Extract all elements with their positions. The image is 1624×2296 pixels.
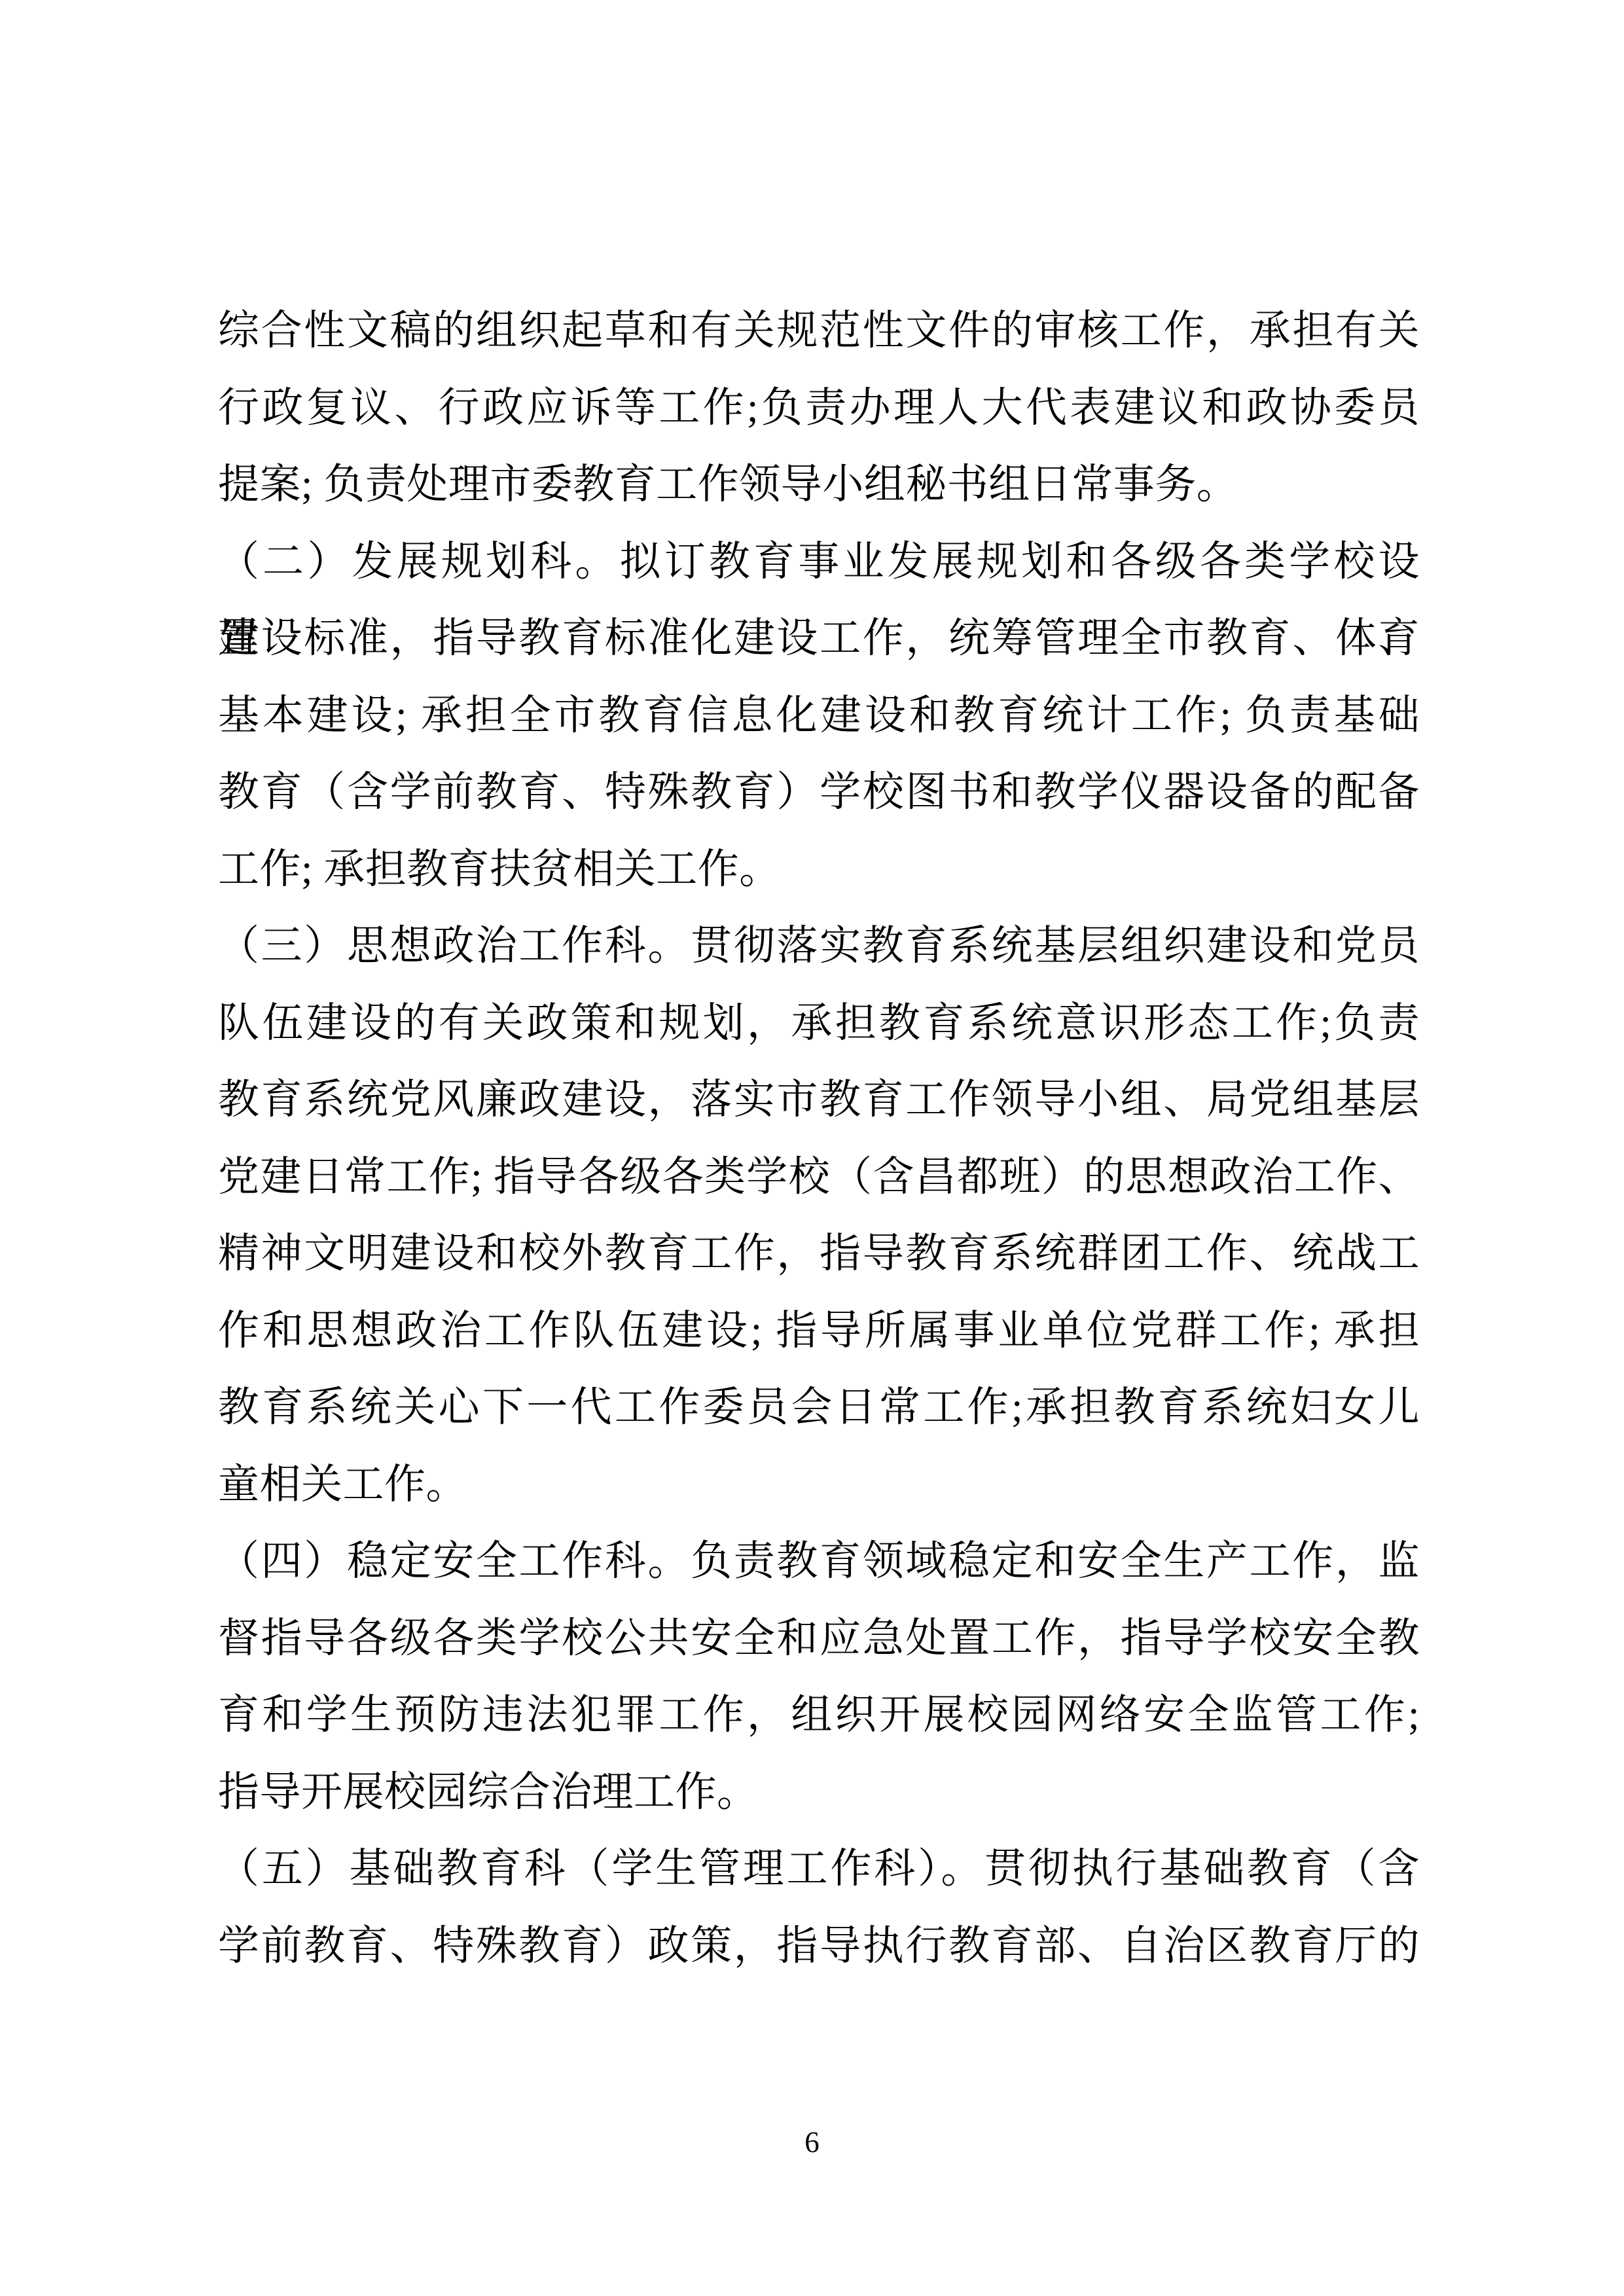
page-number: 6: [0, 2126, 1624, 2159]
text-line: 指导开展校园综合治理工作。: [218, 1754, 1420, 1831]
paragraph: （二）发展规划科。拟订教育事业发展规划和各级各类学校设置、 建设标准，指导教育标…: [218, 524, 1420, 908]
text-line: （二）发展规划科。拟订教育事业发展规划和各级各类学校设置、: [218, 524, 1420, 601]
text-line: 作和思想政治工作队伍建设; 指导所属事业单位党群工作; 承担: [218, 1293, 1420, 1370]
text-line: 基本建设; 承担全市教育信息化建设和教育统计工作; 负责基础: [218, 677, 1420, 755]
text-line: 育和学生预防违法犯罪工作，组织开展校园网络安全监管工作;: [218, 1677, 1420, 1754]
text-line: 督指导各级各类学校公共安全和应急处置工作，指导学校安全教: [218, 1600, 1420, 1677]
text-line: 建设标准，指导教育标准化建设工作，统筹管理全市教育、体育: [218, 600, 1420, 677]
text-line: （四）稳定安全工作科。负责教育领域稳定和安全生产工作，监: [218, 1523, 1420, 1600]
text-line: 工作; 承担教育扶贫相关工作。: [218, 831, 1420, 908]
text-line: 党建日常工作; 指导各级各类学校（含昌都班）的思想政治工作、: [218, 1139, 1420, 1216]
text-line: 行政复议、行政应诉等工作;负责办理人大代表建议和政协委员: [218, 370, 1420, 447]
text-line: 教育系统关心下一代工作委员会日常工作;承担教育系统妇女儿: [218, 1369, 1420, 1446]
text-line: 学前教育、特殊教育）政策，指导执行教育部、自治区教育厅的: [218, 1908, 1420, 1985]
text-line: 提案; 负责处理市委教育工作领导小组秘书组日常事务。: [218, 446, 1420, 524]
text-line: 综合性文稿的组织起草和有关规范性文件的审核工作，承担有关: [218, 293, 1420, 370]
document-page: 综合性文稿的组织起草和有关规范性文件的审核工作，承担有关 行政复议、行政应诉等工…: [0, 0, 1624, 2296]
text-line: 精神文明建设和校外教育工作，指导教育系统群团工作、统战工: [218, 1215, 1420, 1293]
text-line: 队伍建设的有关政策和规划，承担教育系统意识形态工作;负责: [218, 985, 1420, 1062]
paragraph: 综合性文稿的组织起草和有关规范性文件的审核工作，承担有关 行政复议、行政应诉等工…: [218, 293, 1420, 524]
paragraph: （四）稳定安全工作科。负责教育领域稳定和安全生产工作，监 督指导各级各类学校公共…: [218, 1523, 1420, 1831]
text-line: 童相关工作。: [218, 1446, 1420, 1524]
text-line: 教育系统党风廉政建设，落实市教育工作领导小组、局党组基层: [218, 1062, 1420, 1139]
text-line: （五）基础教育科（学生管理工作科）。贯彻执行基础教育（含: [218, 1831, 1420, 1908]
text-line: （三）思想政治工作科。贯彻落实教育系统基层组织建设和党员: [218, 908, 1420, 985]
paragraph: （三）思想政治工作科。贯彻落实教育系统基层组织建设和党员 队伍建设的有关政策和规…: [218, 908, 1420, 1523]
text-line: 教育（含学前教育、特殊教育）学校图书和教学仪器设备的配备: [218, 754, 1420, 831]
text-block: 综合性文稿的组织起草和有关规范性文件的审核工作，承担有关 行政复议、行政应诉等工…: [218, 293, 1420, 1984]
paragraph: （五）基础教育科（学生管理工作科）。贯彻执行基础教育（含 学前教育、特殊教育）政…: [218, 1831, 1420, 1984]
